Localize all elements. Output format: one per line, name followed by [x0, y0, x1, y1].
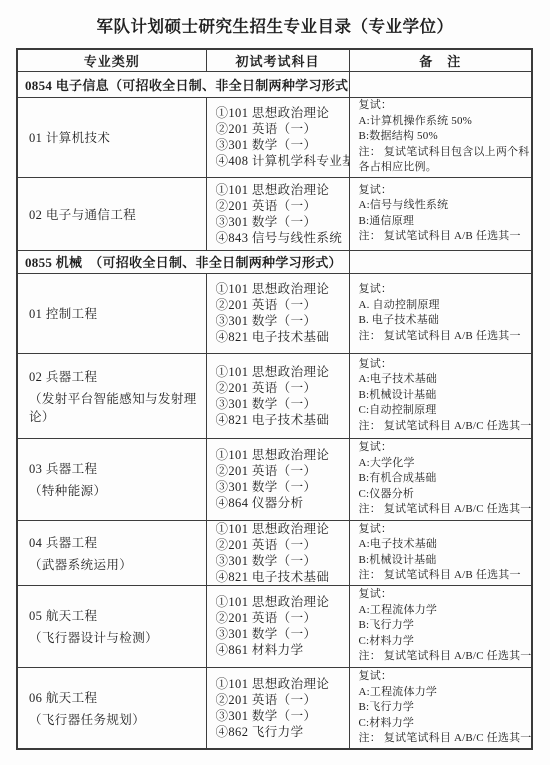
- table-row: 02 兵器工程 （发射平台智能感知与发射理论） ①101 思想政治理论 ②201…: [17, 353, 532, 438]
- section-label: 0855 机械 （可招收全日制、非全日制两种学习形式）: [17, 250, 349, 273]
- exam-subjects-cell: ①101 思想政治理论 ②201 英语（一） ③301 数学（一） ④821 电…: [206, 273, 349, 353]
- section-remarks-empty-cell: [349, 250, 532, 273]
- exam-subject: ③301 数学（一）: [216, 214, 349, 230]
- note-line: 注： 复试笔试科目 A/B/C 任选其一: [359, 502, 532, 518]
- program-subname: （发射平台智能感知与发射理论）: [29, 389, 206, 425]
- admissions-catalog-table: 专业类别 初试考试科目 备 注 0854 电子信息（可招收全日制、非全日制两种学…: [16, 48, 533, 750]
- note-line: A:电子技术基础: [359, 537, 532, 553]
- program-name: 02 兵器工程: [29, 367, 206, 385]
- program-name-cell: 04 兵器工程 （武器系统运用）: [17, 520, 206, 585]
- note-line: 注： 复试笔试科目包含以上两个科目，: [359, 145, 532, 161]
- exam-subject: ①101 思想政治理论: [216, 447, 349, 463]
- exam-subject: ①101 思想政治理论: [216, 182, 349, 198]
- note-line: 复试：: [359, 669, 532, 685]
- note-line: A:大学化学: [359, 456, 532, 472]
- note-line: B:飞行力学: [359, 618, 532, 634]
- note-line: C:材料力学: [359, 716, 532, 732]
- note-line: B:数据结构 50%: [359, 129, 532, 145]
- program-name: 06 航天工程: [29, 688, 206, 706]
- program-subname: （特种能源）: [29, 481, 206, 499]
- note-line: C:自动控制原理: [359, 403, 532, 419]
- note-line: C:材料力学: [359, 634, 532, 650]
- note-line: 复试：: [359, 587, 532, 603]
- header-row: 专业类别 初试考试科目 备 注: [17, 49, 532, 71]
- exam-subject: ④861 材料力学: [216, 642, 349, 658]
- page-title: 军队计划硕士研究生招生专业目录（专业学位）: [0, 13, 550, 37]
- note-line: 复试：: [359, 357, 532, 373]
- note-line: 复试：: [359, 440, 532, 456]
- note-line: 注： 复试笔试科目 A/B/C 任选其一: [359, 731, 532, 747]
- note-line: 复试：: [359, 183, 532, 199]
- note-line: 复试：: [359, 98, 532, 114]
- note-line: A:信号与线性系统: [359, 198, 532, 214]
- exam-subject: ①101 思想政治理论: [216, 281, 349, 297]
- note-line: 注： 复试笔试科目 A/B 任选其一: [359, 329, 532, 345]
- program-name-cell: 02 电子与通信工程: [17, 177, 206, 250]
- exam-subject: ①101 思想政治理论: [216, 105, 349, 121]
- note-line: B:有机合成基础: [359, 471, 532, 487]
- table-row: 06 航天工程 （飞行器任务规划） ①101 思想政治理论 ②201 英语（一）…: [17, 667, 532, 749]
- exam-subject: ②201 英语（一）: [216, 297, 349, 313]
- column-header-exam-subjects: 初试考试科目: [206, 49, 349, 71]
- section-remarks-empty-cell: [349, 71, 532, 97]
- exam-subject: ②201 英语（一）: [216, 692, 349, 708]
- note-line: A. 自动控制原理: [359, 298, 532, 314]
- note-line: 注： 复试笔试科目 A/B/C 任选其一: [359, 419, 532, 435]
- program-subname: （武器系统运用）: [29, 555, 206, 573]
- exam-subject: ④862 飞行力学: [216, 724, 349, 740]
- note-line: B:飞行力学: [359, 700, 532, 716]
- document-page: 军队计划硕士研究生招生专业目录（专业学位） 专业类别 初试考试科目 备 注 08…: [0, 0, 550, 765]
- note-line: A:工程流体力学: [359, 603, 532, 619]
- exam-subject: ②201 英语（一）: [216, 537, 349, 553]
- note-line: C:仪器分析: [359, 487, 532, 503]
- exam-subject: ①101 思想政治理论: [216, 521, 349, 537]
- note-line: 注： 复试笔试科目 A/B/C 任选其一: [359, 649, 532, 665]
- program-name: 01 控制工程: [29, 304, 206, 322]
- exam-subject: ③301 数学（一）: [216, 396, 349, 412]
- exam-subject: ②201 英语（一）: [216, 610, 349, 626]
- program-name-cell: 05 航天工程 （飞行器设计与检测）: [17, 585, 206, 667]
- exam-subject: ③301 数学（一）: [216, 553, 349, 569]
- program-name: 02 电子与通信工程: [29, 205, 206, 223]
- exam-subject: ③301 数学（一）: [216, 479, 349, 495]
- exam-subject: ②201 英语（一）: [216, 463, 349, 479]
- section-label: 0854 电子信息（可招收全日制、非全日制两种学习形式）: [17, 71, 349, 97]
- exam-subject: ①101 思想政治理论: [216, 676, 349, 692]
- exam-subject: ④408 计算机学科专业基础: [216, 153, 349, 169]
- table-row: 01 控制工程 ①101 思想政治理论 ②201 英语（一） ③301 数学（一…: [17, 273, 532, 353]
- column-header-category: 专业类别: [17, 49, 206, 71]
- exam-subjects-cell: ①101 思想政治理论 ②201 英语（一） ③301 数学（一） ④821 电…: [206, 353, 349, 438]
- notes-cell: 复试： A:工程流体力学 B:飞行力学 C:材料力学 注： 复试笔试科目 A/B…: [349, 667, 532, 749]
- exam-subjects-cell: ①101 思想政治理论 ②201 英语（一） ③301 数学（一） ④408 计…: [206, 97, 349, 177]
- exam-subject: ①101 思想政治理论: [216, 364, 349, 380]
- exam-subjects-cell: ①101 思想政治理论 ②201 英语（一） ③301 数学（一） ④861 材…: [206, 585, 349, 667]
- exam-subject: ②201 英语（一）: [216, 121, 349, 137]
- note-line: B:机械设计基础: [359, 388, 532, 404]
- note-line: 注： 复试笔试科目 A/B 任选其一: [359, 568, 532, 584]
- exam-subject: ④864 仪器分析: [216, 495, 349, 511]
- exam-subject: ④821 电子技术基础: [216, 412, 349, 428]
- note-line: A:计算机操作系统 50%: [359, 114, 532, 130]
- exam-subject: ②201 英语（一）: [216, 380, 349, 396]
- note-line: 注： 复试笔试科目 A/B 任选其一: [359, 229, 532, 245]
- table-row: 05 航天工程 （飞行器设计与检测） ①101 思想政治理论 ②201 英语（一…: [17, 585, 532, 667]
- notes-cell: 复试： A. 自动控制原理 B. 电子技术基础 注： 复试笔试科目 A/B 任选…: [349, 273, 532, 353]
- program-name: 05 航天工程: [29, 606, 206, 624]
- exam-subject: ③301 数学（一）: [216, 708, 349, 724]
- notes-cell: 复试： A:大学化学 B:有机合成基础 C:仪器分析 注： 复试笔试科目 A/B…: [349, 438, 532, 520]
- program-name-cell: 03 兵器工程 （特种能源）: [17, 438, 206, 520]
- note-line: A:电子技术基础: [359, 372, 532, 388]
- exam-subject: ④821 电子技术基础: [216, 569, 349, 585]
- notes-cell: 复试： A:电子技术基础 B:机械设计基础 注： 复试笔试科目 A/B 任选其一: [349, 520, 532, 585]
- section-row-0854: 0854 电子信息（可招收全日制、非全日制两种学习形式）: [17, 71, 532, 97]
- notes-cell: 复试： A:计算机操作系统 50% B:数据结构 50% 注： 复试笔试科目包含…: [349, 97, 532, 177]
- notes-cell: 复试： A:电子技术基础 B:机械设计基础 C:自动控制原理 注： 复试笔试科目…: [349, 353, 532, 438]
- program-name: 01 计算机技术: [29, 128, 206, 146]
- program-name-cell: 01 控制工程: [17, 273, 206, 353]
- exam-subjects-cell: ①101 思想政治理论 ②201 英语（一） ③301 数学（一） ④843 信…: [206, 177, 349, 250]
- note-line: 各占相应比例。: [359, 160, 532, 176]
- exam-subject: ④821 电子技术基础: [216, 329, 349, 345]
- exam-subject: ③301 数学（一）: [216, 137, 349, 153]
- exam-subjects-cell: ①101 思想政治理论 ②201 英语（一） ③301 数学（一） ④864 仪…: [206, 438, 349, 520]
- table-row: 03 兵器工程 （特种能源） ①101 思想政治理论 ②201 英语（一） ③3…: [17, 438, 532, 520]
- program-name: 04 兵器工程: [29, 533, 206, 551]
- program-name-cell: 06 航天工程 （飞行器任务规划）: [17, 667, 206, 749]
- exam-subject: ①101 思想政治理论: [216, 594, 349, 610]
- exam-subject: ③301 数学（一）: [216, 313, 349, 329]
- table-row: 04 兵器工程 （武器系统运用） ①101 思想政治理论 ②201 英语（一） …: [17, 520, 532, 585]
- exam-subject: ②201 英语（一）: [216, 198, 349, 214]
- exam-subject: ④843 信号与线性系统: [216, 230, 349, 246]
- program-subname: （飞行器任务规划）: [29, 710, 206, 728]
- program-name: 03 兵器工程: [29, 459, 206, 477]
- notes-cell: 复试： A:工程流体力学 B:飞行力学 C:材料力学 注： 复试笔试科目 A/B…: [349, 585, 532, 667]
- note-line: B:通信原理: [359, 214, 532, 230]
- note-line: B. 电子技术基础: [359, 313, 532, 329]
- note-line: 复试：: [359, 282, 532, 298]
- exam-subjects-cell: ①101 思想政治理论 ②201 英语（一） ③301 数学（一） ④862 飞…: [206, 667, 349, 749]
- note-line: A:工程流体力学: [359, 685, 532, 701]
- program-name-cell: 01 计算机技术: [17, 97, 206, 177]
- note-line: 复试：: [359, 522, 532, 538]
- exam-subjects-cell: ①101 思想政治理论 ②201 英语（一） ③301 数学（一） ④821 电…: [206, 520, 349, 585]
- table-row: 01 计算机技术 ①101 思想政治理论 ②201 英语（一） ③301 数学（…: [17, 97, 532, 177]
- program-subname: （飞行器设计与检测）: [29, 628, 206, 646]
- table-row: 02 电子与通信工程 ①101 思想政治理论 ②201 英语（一） ③301 数…: [17, 177, 532, 250]
- exam-subject: ③301 数学（一）: [216, 626, 349, 642]
- section-row-0855: 0855 机械 （可招收全日制、非全日制两种学习形式）: [17, 250, 532, 273]
- notes-cell: 复试： A:信号与线性系统 B:通信原理 注： 复试笔试科目 A/B 任选其一: [349, 177, 532, 250]
- note-line: B:机械设计基础: [359, 553, 532, 569]
- column-header-remarks: 备 注: [349, 49, 532, 71]
- program-name-cell: 02 兵器工程 （发射平台智能感知与发射理论）: [17, 353, 206, 438]
